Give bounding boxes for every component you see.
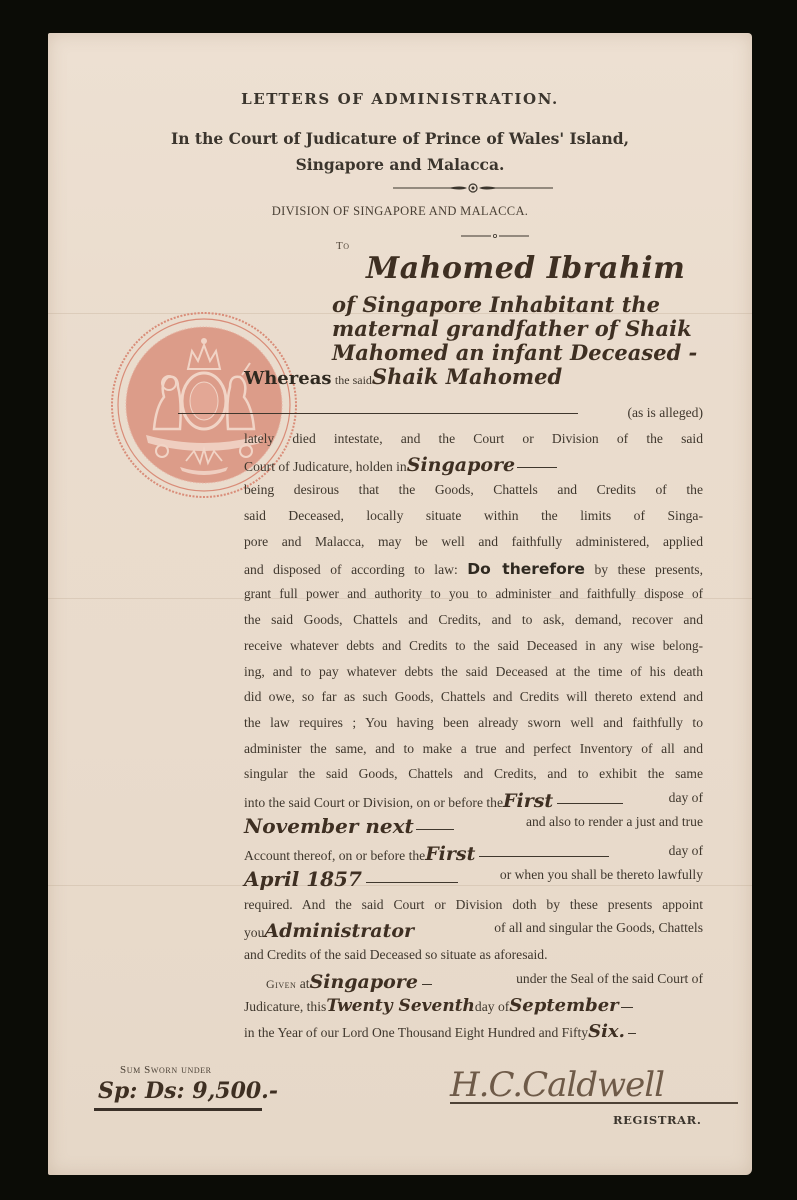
small-rule-icon [461,233,529,239]
inventory-month: November next [244,814,414,838]
body-line-7: pore and Malacca, may be well and faithf… [244,534,703,550]
registrar-label: REGISTRAR. [613,1113,701,1127]
body-line-20: April 1857 or when you shall be thereto … [244,867,703,891]
whereas-line: Whereas the saidShaik Mahomed [244,364,703,389]
body-line-24: Given atSingapore under the Seal of the … [244,971,703,993]
body-line-15: administer the same, and to make a true … [244,741,703,757]
addressee-line-3: Mahomed an infant Deceased - [332,340,697,365]
alleged-line: (as is alleged) [178,405,703,421]
account-day: First [425,843,475,865]
given-day: Twenty Seventh [326,996,475,1016]
body-line-4: Court of Judicature, holden inSingapore [244,454,703,476]
account-date: April 1857 [244,867,362,891]
body-line-5: being desirous that the Goods, Chattels … [244,482,703,498]
body-line-8: and disposed of according to law: Do the… [244,560,703,578]
do-therefore-heading: Do therefore [467,560,585,578]
body-line-10: the said Goods, Chattels and Credits, an… [244,612,703,628]
body-line-26: in the Year of our Lord One Thousand Eig… [244,1021,703,1042]
body-line-3: lately died intestate, and the Court or … [244,431,703,447]
body-line-16: singular the said Goods, Chattels and Cr… [244,766,703,782]
document-sheet: LETTERS OF ADMINISTRATION. In the Court … [48,33,752,1175]
body-line-22: youAdministrator of all and singular the… [244,920,703,942]
body-line-17: into the said Court or Division, on or b… [244,790,703,812]
body-line-14: the law requires ; You having been alrea… [244,715,703,731]
body-line-9: grant full power and authority to you to… [244,586,703,602]
court-name-line-2: Singapore and Malacca. [48,155,752,174]
given-year: Six. [588,1021,625,1042]
deceased-name: Shaik Mahomed [372,364,562,389]
body-line-6: said Deceased, locally situate within th… [244,508,703,524]
body-line-11: receive whatever debts and Credits to th… [244,638,703,654]
whereas-heading: Whereas [244,368,332,389]
addressee-name: Mahomed Ibrahim [366,251,685,286]
court-place: Singapore [407,454,515,476]
body-line-12: ing, and to pay whatever debts the said … [244,664,703,680]
body-line-21: required. And the said Court or Division… [244,897,703,913]
ornament-divider-icon [393,183,553,193]
sum-sworn-value: Sp: Ds: 9,500.- [98,1078,278,1104]
given-month: September [509,995,618,1016]
appointed-role: Administrator [264,920,414,942]
registrar-signature: H.C.Caldwell [450,1065,664,1105]
body-line-19: Account thereof, on or before theFirst d… [244,843,703,865]
signature-line [450,1102,738,1104]
document-title: LETTERS OF ADMINISTRATION. [48,90,752,108]
body-line-18: November next and also to render a just … [244,814,703,838]
sum-sworn-label: Sum Sworn under [120,1064,212,1076]
sum-sworn-underline [94,1108,262,1111]
to-label: To [336,240,350,252]
addressee-line-1: of Singapore Inhabitant the [332,292,660,317]
addressee-line-2: maternal grandfather of Shaik [332,316,692,341]
court-name-line-1: In the Court of Judicature of Prince of … [48,129,752,148]
inventory-day: First [503,790,553,812]
body-line-23: and Credits of the said Deceased so situ… [244,947,703,963]
given-place: Singapore [310,971,418,993]
division-heading: DIVISION OF SINGAPORE AND MALACCA. [48,204,752,219]
body-line-13: did owe, so far as such Goods, Chattels … [244,689,703,705]
body-line-25: Judicature, thisTwenty Seventhday ofSept… [244,995,703,1016]
